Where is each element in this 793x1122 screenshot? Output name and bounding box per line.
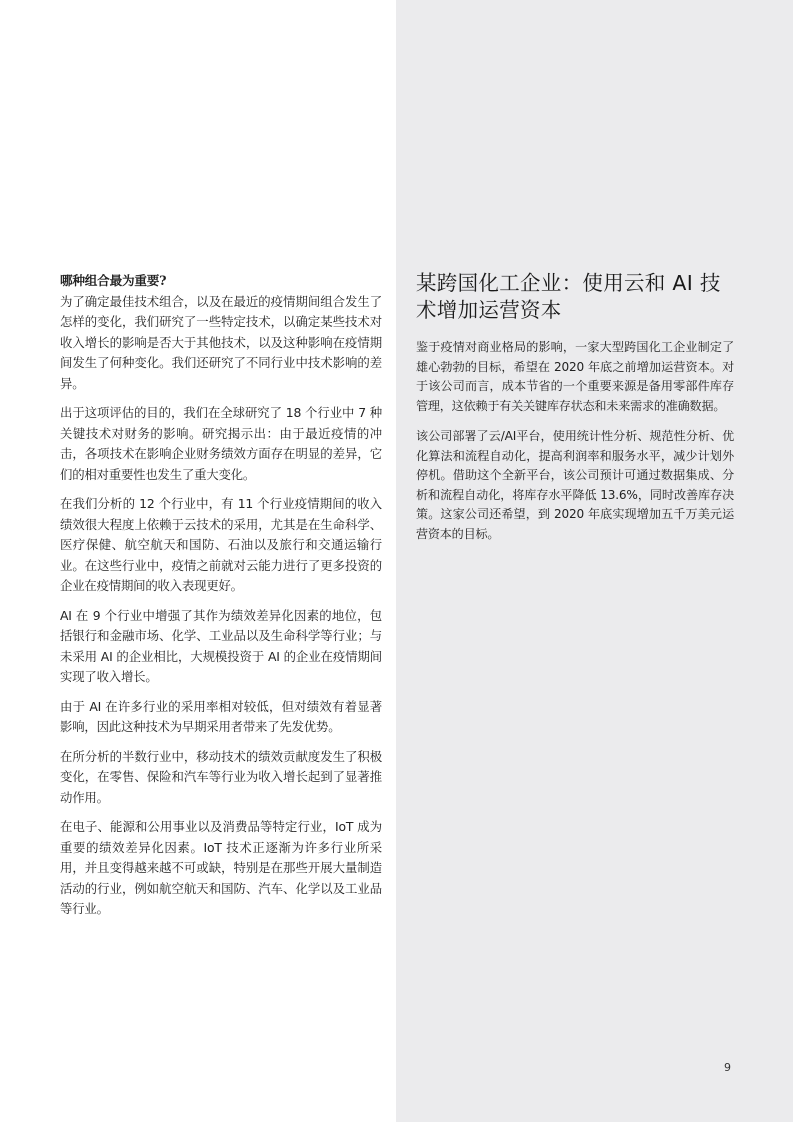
section-heading: 哪种组合最为重要? <box>60 271 382 292</box>
case-study-column: 某跨国化工企业：使用云和 AI 技术增加运营资本 鉴于疫情对商业格局的影响，一家… <box>416 270 734 555</box>
case-study-title: 某跨国化工企业：使用云和 AI 技术增加运营资本 <box>416 270 734 324</box>
paragraph: 由于 AI 在许多行业的采用率相对较低，但对绩效有着显著影响，因此这种技术为早期… <box>60 697 382 738</box>
paragraph: AI 在 9 个行业中增强了其作为绩效差异化因素的地位，包括银行和金融市场、化学… <box>60 606 382 688</box>
paragraph: 在电子、能源和公用事业以及消费品等特定行业，IoT 成为重要的绩效差异化因素。I… <box>60 817 382 920</box>
paragraph: 该公司部署了云/AI平台，使用统计性分析、规范性分析、优化算法和流程自动化，提高… <box>416 427 734 544</box>
paragraph: 为了确定最佳技术组合，以及在最近的疫情期间组合发生了怎样的变化，我们研究了一些特… <box>60 292 382 395</box>
page-number: 9 <box>724 1061 731 1074</box>
main-article-column: 哪种组合最为重要? 为了确定最佳技术组合，以及在最近的疫情期间组合发生了怎样的变… <box>60 271 382 929</box>
sidebar-panel-background <box>396 0 793 1122</box>
paragraph: 在所分析的半数行业中，移动技术的绩效贡献度发生了积极变化，在零售、保险和汽车等行… <box>60 747 382 809</box>
paragraph: 在我们分析的 12 个行业中，有 11 个行业疫情期间的收入绩效很大程度上依赖于… <box>60 494 382 597</box>
paragraph: 出于这项评估的目的，我们在全球研究了 18 个行业中 7 种关键技术对财务的影响… <box>60 403 382 485</box>
paragraph: 鉴于疫情对商业格局的影响，一家大型跨国化工企业制定了雄心勃勃的目标，希望在 20… <box>416 338 734 416</box>
